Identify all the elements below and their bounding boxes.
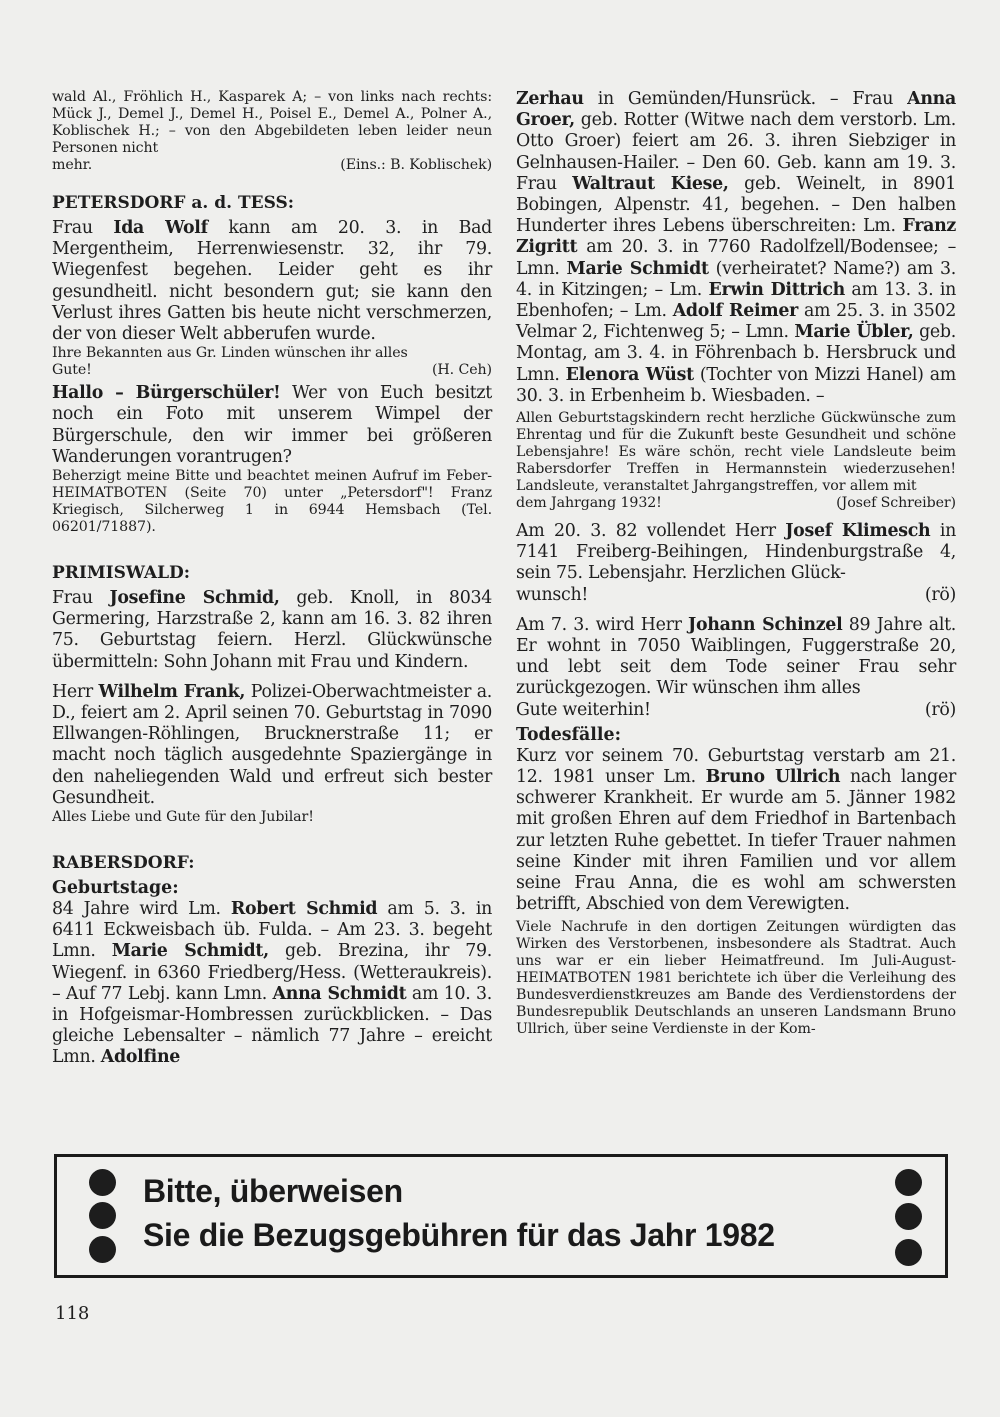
article-ida-wolf: Frau Ida Wolf kann am 20. 3. in Bad Merg…: [52, 218, 492, 345]
article-bruno-ullrich: Kurz vor seinem 70. Geburtstag verstarb …: [516, 746, 956, 916]
subheading-geburtstage: Geburtstage:: [52, 878, 492, 899]
person-name: Josefine Schmid,: [109, 588, 279, 608]
right-column: Zerhau in Gemünden/Hunsrück. – Frau Anna…: [516, 89, 956, 1038]
author-signature: (rö): [925, 585, 956, 606]
person-name: Josef Klimesch: [785, 521, 930, 541]
article-wilhelm-frank: Herr Wilhelm Frank, Polizei-Oberwachtmei…: [52, 682, 492, 809]
appeal-note: Beherzigt meine Bitte und beachtet meine…: [52, 468, 492, 536]
person-name: Johann Schinzel: [688, 615, 842, 635]
person-name: Bruno Ullrich: [706, 767, 841, 787]
article-josef-klimesch: Am 20. 3. 82 vollendet Herr Josef Klimes…: [516, 521, 956, 606]
author-signature: (H. Ceh): [432, 362, 492, 379]
person-name: Marie Übler,: [794, 322, 913, 342]
jubilee-wish: Alles Liebe und Gute für den Jubilar!: [52, 809, 492, 826]
author-signature: (Josef Schreiber): [836, 495, 956, 512]
article-josefine-schmid: Frau Josefine Schmid, geb. Knoll, in 803…: [52, 588, 492, 673]
bullet-dot-icon: [89, 1169, 116, 1196]
article-johann-schinzel: Am 7. 3. wird Herr Johann Schinzel 89 Ja…: [516, 615, 956, 721]
person-name: Adolf Reimer: [673, 301, 798, 321]
person-name: Ida Wolf: [113, 218, 207, 238]
person-name: Wilhelm Frank,: [99, 682, 246, 702]
person-name: Elenora Wüst: [566, 365, 694, 385]
bullet-dot-icon: [895, 1203, 922, 1230]
person-name: Marie Schmidt,: [112, 941, 269, 961]
bullet-dot-icon: [89, 1236, 116, 1263]
caption-signature-line: mehr. (Eins.: B. Koblischek): [52, 157, 492, 174]
caption-signature: (Eins.: B. Koblischek): [340, 157, 492, 174]
article-lead: Hallo – Bürgerschüler!: [52, 383, 280, 403]
photo-caption-continuation: wald Al., Fröhlich H., Kasparek A; – von…: [52, 89, 492, 174]
greeting-note: Ihre Bekannten aus Gr. Linden wünschen i…: [52, 345, 492, 379]
birthday-greeting: Allen Geburtstagskindern recht herzliche…: [516, 410, 956, 512]
bullet-dot-icon: [89, 1202, 116, 1229]
payment-reminder-box: Bitte, überweisen Sie die Bezugsgebühren…: [54, 1154, 948, 1278]
bullet-dot-icon: [895, 1169, 922, 1196]
article-buergerschueler: Hallo – Bürgerschüler! Wer von Euch besi…: [52, 383, 492, 468]
subheading-todesfaelle: Todesfälle:: [516, 725, 956, 746]
author-signature: (rö): [925, 700, 956, 721]
article-birthdays: 84 Jahre wird Lm. Robert Schmid am 5. 3.…: [52, 899, 492, 1069]
person-name: Waltraut Kiese,: [572, 174, 729, 194]
notice-line-1: Bitte, überweisen: [143, 1173, 403, 1210]
person-name: Adolfine: [101, 1047, 180, 1067]
person-name: Zerhau: [516, 89, 584, 109]
person-name: Anna Schmidt: [273, 984, 407, 1004]
section-heading-rabersdorf: RABERSDORF:: [52, 852, 492, 874]
left-column: wald Al., Fröhlich H., Kasparek A; – von…: [52, 89, 492, 1069]
person-name: Marie Schmidt: [567, 259, 709, 279]
page-number: 118: [55, 1303, 89, 1324]
section-heading-primiswald: PRIMISWALD:: [52, 562, 492, 584]
notice-line-2: Sie die Bezugsgebühren für das Jahr 1982: [143, 1217, 775, 1254]
person-name: Robert Schmid: [231, 899, 377, 919]
section-heading-petersdorf: PETERSDORF a. d. TESS:: [52, 192, 492, 214]
bullet-dot-icon: [895, 1239, 922, 1266]
obituary-note: Viele Nachrufe in den dortigen Zeitungen…: [516, 919, 956, 1038]
article-birthdays-continued: Zerhau in Gemünden/Hunsrück. – Frau Anna…: [516, 89, 956, 407]
person-name: Erwin Dittrich: [708, 280, 844, 300]
